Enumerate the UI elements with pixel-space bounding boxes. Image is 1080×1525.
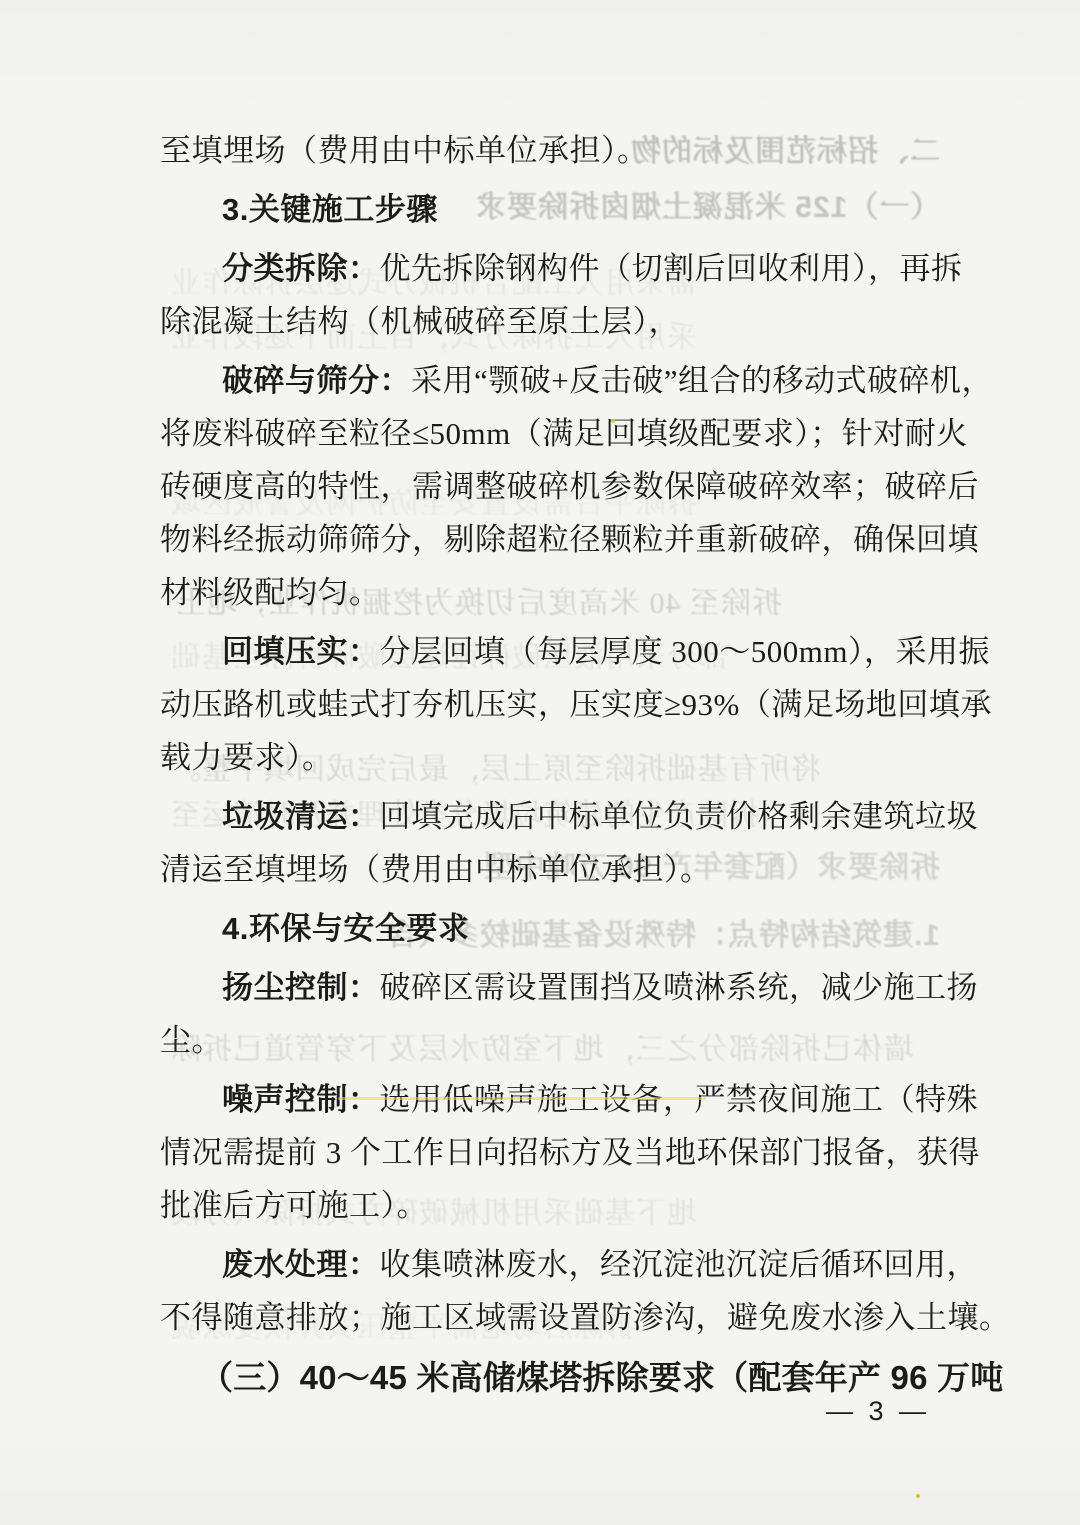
line-text: 收集喷淋废水，经沉淀池沉淀后循环回用， (380, 1247, 979, 1282)
line-lead: 4.环保与安全要求 (222, 911, 469, 946)
line-text: 至填埋场（费用由中标单位承担）。 (160, 133, 649, 168)
line-lead: 扬尘控制： (222, 970, 380, 1005)
scan-artifact-dot (611, 419, 615, 423)
text-line: 批准后方可施工）。 (160, 1179, 945, 1232)
text-line: 动压路机或蛙式打夯机压实，压实度≥93%（满足场地回填承 (160, 678, 945, 731)
text-line: 除混凝土结构（机械破碎至原土层）， (160, 295, 945, 348)
line-lead: （三）40～45 米高储煤塔拆除要求（配套年产 96 万吨 (200, 1359, 1003, 1396)
text-line: 扬尘控制：破碎区需设置围挡及喷淋系统，减少施工扬 (160, 961, 945, 1014)
line-text: 批准后方可施工）。 (160, 1188, 428, 1223)
line-text: 尘。 (160, 1023, 223, 1058)
text-line: 物料经振动筛筛分，剔除超粒径颗粒并重新破碎，确保回填 (160, 513, 945, 566)
text-line: 尘。 (160, 1014, 945, 1067)
text-line: 材料级配均匀。 (160, 566, 945, 619)
line-lead: 回填压实： (222, 634, 380, 669)
line-text: 优先拆除钢构件（切割后回收利用），再拆 (380, 251, 963, 286)
line-lead: 破碎与筛分： (222, 363, 411, 398)
text-line: 砖硬度高的特性，需调整破碎机参数保障破碎效率；破碎后 (160, 460, 945, 513)
line-text: 破碎区需设置围挡及喷淋系统，减少施工扬 (380, 970, 979, 1005)
line-lead: 分类拆除： (222, 251, 380, 286)
section-heading: 4.环保与安全要求 (160, 902, 945, 955)
scanned-document-page: 二、招标范围及标的物 （一）125 米混凝土烟囱拆除要求 需采用人工配合机械方式… (0, 0, 1080, 1525)
line-text: 不得随意排放；施工区域需设置防渗沟，避免废水渗入土壤。 (160, 1300, 1011, 1335)
line-text: 物料经振动筛筛分，剔除超粒径颗粒并重新破碎，确保回填 (160, 522, 979, 557)
document-text: 至填埋场（费用由中标单位承担）。 3.关键施工步骤 分类拆除：优先拆除钢构件（切… (160, 124, 945, 1406)
scan-artifact-dot (916, 1494, 920, 1498)
line-text: 除混凝土结构（机械破碎至原土层）， (160, 304, 680, 339)
text-line: 情况需提前 3 个工作日向招标方及当地环保部门报备，获得 (160, 1126, 945, 1179)
text-line: 载力要求）。 (160, 731, 945, 784)
section-heading: 3.关键施工步骤 (160, 183, 945, 236)
line-text: 材料级配均匀。 (160, 575, 381, 610)
line-text: 砖硬度高的特性，需调整破碎机参数保障破碎效率；破碎后 (160, 469, 979, 504)
line-text: 动压路机或蛙式打夯机压实，压实度≥93%（满足场地回填承 (160, 687, 992, 722)
text-line: 将废料破碎至粒径≤50mm（满足回填级配要求）；针对耐火 (160, 407, 945, 460)
line-lead: 废水处理： (222, 1247, 380, 1282)
text-line: 垃圾清运：回填完成后中标单位负责价格剩余建筑垃圾 (160, 790, 945, 843)
line-lead: 3.关键施工步骤 (222, 192, 438, 227)
line-text: 采用“颚破+反击破”组合的移动式破碎机， (411, 363, 993, 398)
line-text: 分层回填（每层厚度 300～500mm），采用振 (380, 634, 990, 669)
highlight-streak (338, 1097, 706, 1100)
page-number: — 3 — (826, 1396, 930, 1427)
line-text: 清运至填埋场（费用由中标单位承担）。 (160, 852, 712, 887)
text-line: 不得随意排放；施工区域需设置防渗沟，避免废水渗入土壤。 (160, 1291, 945, 1344)
text-line: 废水处理：收集喷淋废水，经沉淀池沉淀后循环回用， (160, 1238, 945, 1291)
line-text: 载力要求）。 (160, 740, 334, 775)
line-text: 将废料破碎至粒径≤50mm（满足回填级配要求）；针对耐火 (160, 416, 968, 451)
line-lead: 垃圾清运： (222, 799, 380, 834)
text-line: 分类拆除：优先拆除钢构件（切割后回收利用），再拆 (160, 242, 945, 295)
line-text: 回填完成后中标单位负责价格剩余建筑垃圾 (380, 799, 979, 834)
text-line: 至填埋场（费用由中标单位承担）。 (160, 124, 945, 177)
text-line: 清运至填埋场（费用由中标单位承担）。 (160, 843, 945, 896)
text-line: 回填压实：分层回填（每层厚度 300～500mm），采用振 (160, 625, 945, 678)
line-text: 情况需提前 3 个工作日向招标方及当地环保部门报备，获得 (160, 1135, 980, 1170)
text-line: 破碎与筛分：采用“颚破+反击破”组合的移动式破碎机， (160, 354, 945, 407)
